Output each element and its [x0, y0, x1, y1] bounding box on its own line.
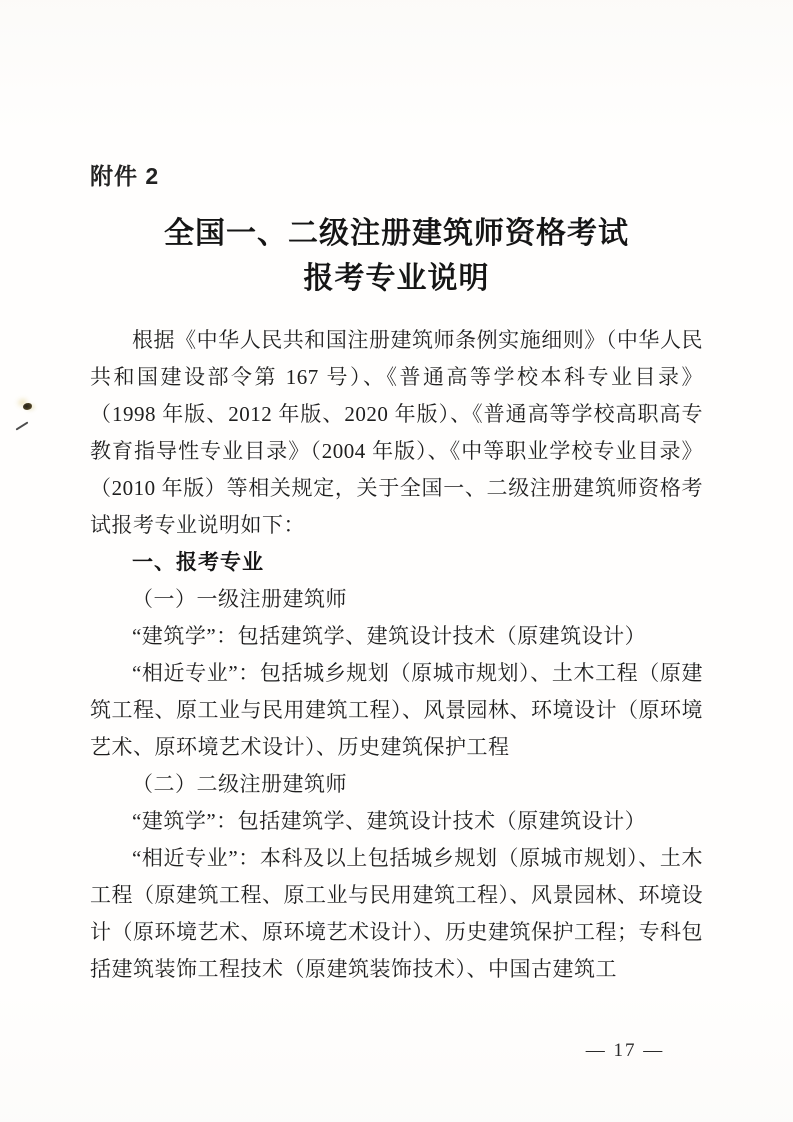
attachment-label: 附件 2: [90, 158, 159, 191]
subsection-level2-registered-architect: （二）二级注册建筑师: [90, 766, 703, 803]
scanned-document-page: 附件 2 全国一、二级注册建筑师资格考试 报考专业说明 根据《中华人民共和国注册…: [0, 0, 793, 1122]
ink-blot-scan-artifact: [23, 403, 32, 410]
document-title: 全国一、二级注册建筑师资格考试 报考专业说明: [0, 211, 793, 301]
document-title-line-1: 全国一、二级注册建筑师资格考试: [0, 211, 793, 256]
paragraph-intro-regulations: 根据《中华人民共和国注册建筑师条例实施细则》（中华人民共和国建设部令第 167 …: [90, 322, 703, 544]
paragraph-level1-architecture-majors: “建筑学”：包括建筑学、建筑设计技术（原建筑设计）: [90, 618, 703, 655]
paragraph-level2-related-majors: “相近专业”：本科及以上包括城乡规划（原城市规划）、土木工程（原建筑工程、原工业…: [90, 840, 703, 988]
paragraph-level1-related-majors: “相近专业”：包括城乡规划（原城市规划）、土木工程（原建筑工程、原工业与民用建筑…: [90, 655, 703, 766]
page-number: — 17 —: [560, 1040, 690, 1062]
pen-stroke-scan-artifact: [16, 421, 29, 430]
section-heading-application-majors: 一、报考专业: [90, 544, 703, 581]
subsection-level1-registered-architect: （一）一级注册建筑师: [90, 581, 703, 618]
paragraph-level2-architecture-majors: “建筑学”：包括建筑学、建筑设计技术（原建筑设计）: [90, 803, 703, 840]
document-body: 根据《中华人民共和国注册建筑师条例实施细则》（中华人民共和国建设部令第 167 …: [90, 322, 703, 988]
document-title-line-2: 报考专业说明: [0, 256, 793, 301]
